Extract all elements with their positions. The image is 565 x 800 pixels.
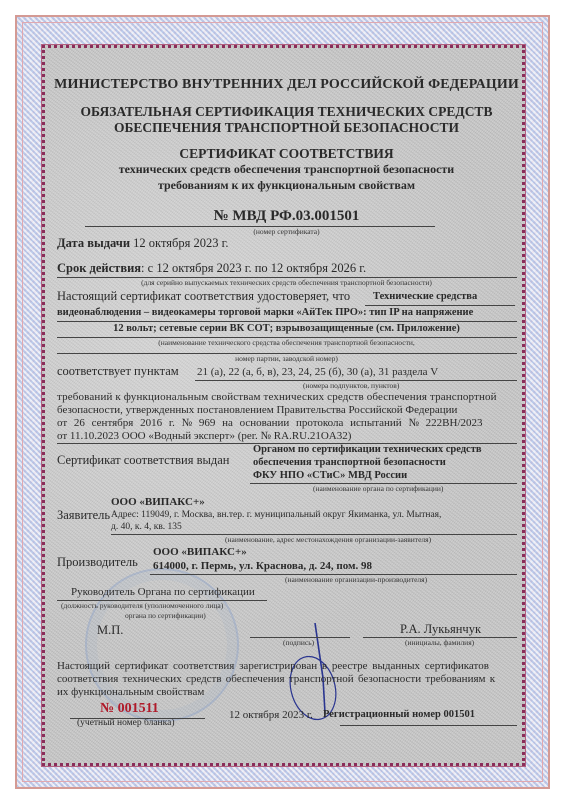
product-underline-1 [365, 305, 515, 306]
blank-number-caption: (учетный номер бланка) [77, 718, 174, 728]
registry-text-line2: соответствия технических средств обеспеч… [57, 673, 495, 685]
product-name-line1: Технические средства [373, 291, 477, 302]
product-caption-2: номер партии, заводской номер) [45, 354, 528, 363]
product-name-line3: 12 вольт; сетевые серии ВК СОТ; взрывоза… [45, 323, 528, 334]
signatory-position-caption1: (должность руководителя (уполномоченного… [61, 601, 223, 610]
issuer-label: Сертификат соответствия выдан [57, 453, 229, 468]
issue-date-label: Дата выдачи [57, 236, 130, 250]
compliance-items: 21 (а), 22 (а, б, в), 23, 24, 25 (б), 30… [197, 366, 438, 378]
issuer-caption: (наименование органа по сертификации) [313, 484, 443, 493]
compliance-text-line2: безопасности, утвержденных постановление… [57, 404, 457, 416]
stamp-label: М.П. [97, 623, 123, 638]
compliance-text-line3: от 26 сентября 2016 г. № 969 на основани… [57, 417, 483, 429]
manufacturer-address: 614000, г. Пермь, ул. Краснова, д. 24, п… [153, 560, 372, 572]
compliance-label: соответствует пунктам [57, 364, 179, 379]
registration-underline [340, 725, 517, 726]
registration-number: Регистрационный номер 001501 [323, 709, 475, 720]
applicant-caption: (наименование, адрес местонахождения орг… [225, 535, 431, 544]
validity-row: Срок действия: с 12 октября 2023 г. по 1… [57, 261, 366, 276]
compliance-text-line4: от 11.10.2023 ООО «Водный эксперт» (рег.… [57, 430, 351, 442]
signatory-name: Р.А. Лукьянчук [400, 622, 481, 637]
blank-number: № 001511 [100, 701, 159, 717]
issuer-line1: Органом по сертификации технических сред… [253, 444, 482, 455]
certificate-subtitle-line2: требованиям к их функциональным свойства… [45, 178, 528, 193]
signatory-position: Руководитель Органа по сертификации [71, 586, 255, 598]
manufacturer-label: Производитель [57, 555, 138, 570]
program-heading-line1: ОБЯЗАТЕЛЬНАЯ СЕРТИФИКАЦИЯ ТЕХНИЧЕСКИХ СР… [45, 104, 528, 120]
certificate-body: МИНИСТЕРСТВО ВНУТРЕННИХ ДЕЛ РОССИЙСКОЙ Ф… [42, 45, 525, 766]
ministry-heading: МИНИСТЕРСТВО ВНУТРЕННИХ ДЕЛ РОССИЙСКОЙ Ф… [45, 77, 528, 93]
validity-label: Срок действия [57, 261, 141, 275]
registry-text-line3: их функциональным свойствам [57, 686, 204, 698]
signature-caption: (подпись) [283, 638, 314, 647]
product-caption-1: (наименование технического средства обес… [45, 338, 528, 347]
certificate-subtitle-line1: технических средств обеспечения транспор… [45, 162, 528, 177]
validity-value: : с 12 октября 2023 г. по 12 октября 202… [141, 261, 366, 275]
registry-text-line1: Настоящий сертификат соответствия зареги… [57, 660, 489, 672]
product-name-line2: видеонаблюдения – видеокамеры торговой м… [57, 307, 473, 318]
applicant-address-line2: д. 40, к. 4, кв. 135 [111, 522, 182, 532]
signatory-name-caption: (инициалы, фамилия) [405, 638, 474, 647]
applicant-name: ООО «ВИПАКС+» [111, 496, 205, 508]
compliance-caption: (номера подпунктов, пунктов) [303, 381, 399, 390]
applicant-address-line1: Адрес: 119049, г. Москва, вн.тер. г. мун… [111, 510, 441, 520]
certificate-number: № МВД РФ.03.001501 [45, 208, 528, 225]
validity-caption: (для серийно выпускаемых технических сре… [45, 278, 528, 287]
certificate-number-caption: (номер сертификата) [45, 227, 528, 236]
program-heading-line2: ОБЕСПЕЧЕНИЯ ТРАНСПОРТНОЙ БЕЗОПАСНОСТИ [45, 120, 528, 136]
product-underline-2 [57, 321, 517, 322]
registry-date: 12 октября 2023 г. [229, 709, 313, 721]
certificate-title: СЕРТИФИКАТ СООТВЕТСТВИЯ [45, 146, 528, 162]
applicant-label: Заявитель [57, 508, 110, 523]
issuer-line3: ФКУ НПО «СТиС» МВД России [253, 470, 407, 481]
compliance-text-line1: требований к функциональным свойствам те… [57, 391, 497, 403]
manufacturer-caption: (наименование организации-производителя) [285, 575, 427, 584]
issue-date-row: Дата выдачи 12 октября 2023 г. [57, 236, 228, 251]
issue-date-value: 12 октября 2023 г. [133, 236, 228, 250]
issuer-line2: обеспечения транспортной безопасности [253, 457, 446, 468]
manufacturer-name: ООО «ВИПАКС+» [153, 546, 247, 558]
product-intro: Настоящий сертификат соответствия удосто… [57, 289, 350, 304]
signatory-position-caption2: органа по сертификации) [125, 611, 206, 620]
